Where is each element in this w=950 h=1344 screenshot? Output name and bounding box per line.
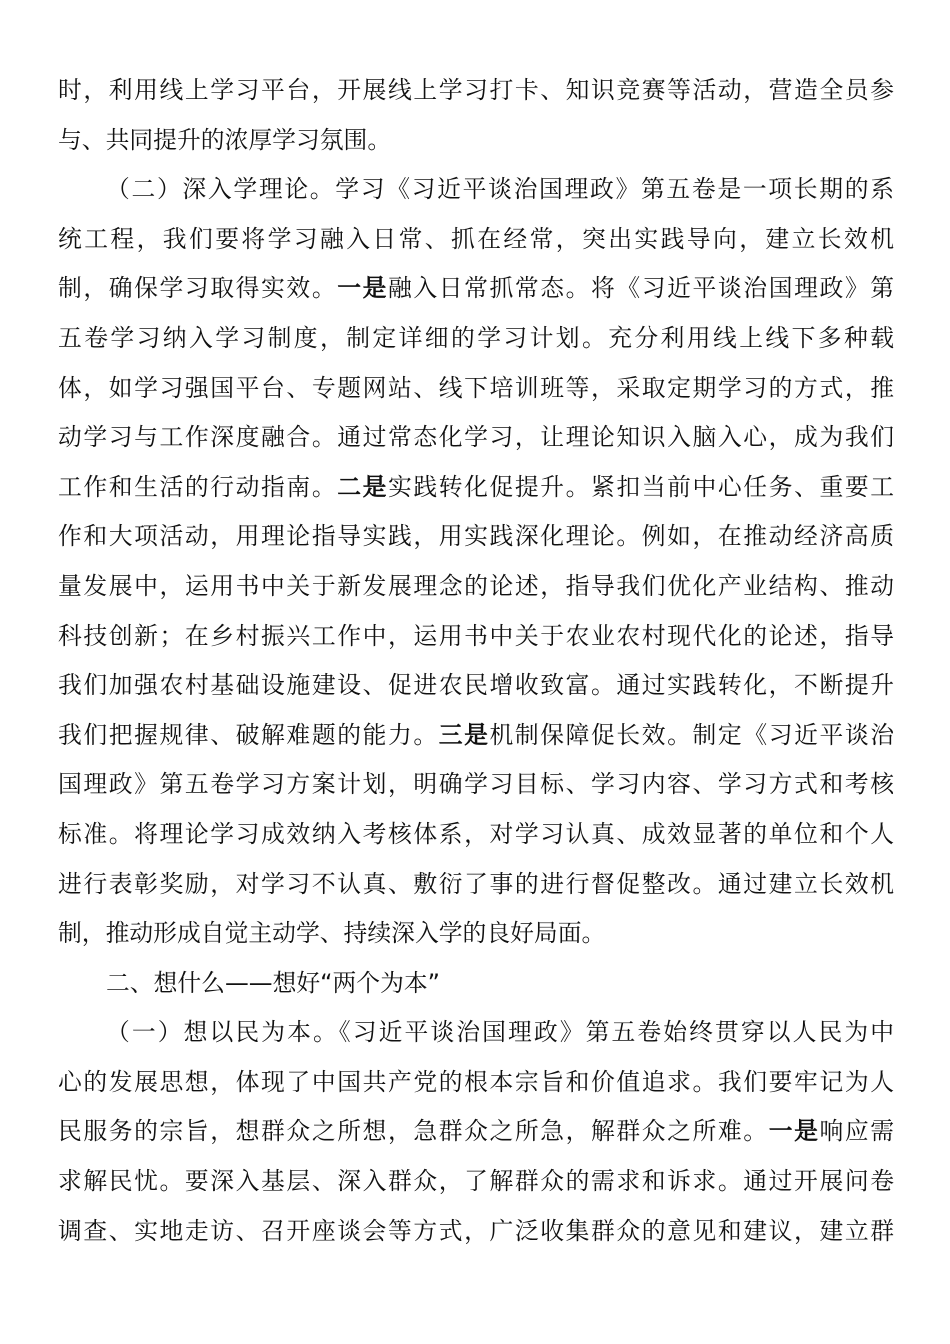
paragraph-line: 时，利用线上学习平台，开展线上学习打卡、知识竞赛等活动，营造全员参 [58,66,894,116]
paragraph-line: 作和大项活动，用理论指导实践，用实践深化理论。例如，在推动经济高质 [58,512,894,562]
line-text: 民服务的宗旨，想群众之所想，急群众之所急，解群众之所难。 [58,1117,769,1145]
paragraph-line: 量发展中，运用书中关于新发展理念的论述，指导我们优化产业结构、推动 [58,562,894,612]
paragraph-line: 进行表彰奖励，对学习不认真、敷衍了事的进行督促整改。通过建立长效机 [58,860,894,910]
chapter-heading: 二、想什么——想好“两个为本” [58,959,894,1009]
paragraph-line: 心的发展思想，体现了中国共产党的根本宗旨和价值追求。我们要牢记为人 [58,1058,894,1108]
line-text: 我们把握规律、破解难题的能力。 [58,721,439,749]
paragraph-line: 体，如学习强国平台、专题网站、线下培训班等，采取定期学习的方式，推 [58,364,894,414]
line-text: 工作和生活的行动指南。 [58,473,337,501]
paragraph-line: 工作和生活的行动指南。二是实践转化促提升。紧扣当前中心任务、重要工 [58,463,894,513]
paragraph-line: 制，推动形成自觉主动学、持续深入学的良好局面。 [58,909,894,959]
line-text: 融入日常抓常态。将《习近平谈治国理政》第 [388,274,894,302]
paragraph-line: 统工程，我们要将学习融入日常、抓在经常，突出实践导向，建立长效机 [58,215,894,265]
paragraph-line: 求解民忧。要深入基层、深入群众，了解群众的需求和诉求。通过开展问卷 [58,1157,894,1207]
bold-marker: 三是 [439,721,490,749]
paragraph-line: 我们把握规律、破解难题的能力。三是机制保障促长效。制定《习近平谈治 [58,711,894,761]
bold-marker: 二是 [337,473,388,501]
line-text: 响应需 [819,1117,894,1145]
line-text: 机制保障促长效。制定《习近平谈治 [490,721,895,749]
paragraph-line: 民服务的宗旨，想群众之所想，急群众之所急，解群众之所难。一是响应需 [58,1107,894,1157]
paragraph-line: 动学习与工作深度融合。通过常态化学习，让理论知识入脑入心，成为我们 [58,413,894,463]
section-heading-line: （二）深入学理论。学习《习近平谈治国理政》第五卷是一项长期的系 [58,165,894,215]
paragraph-line: 制，确保学习取得实效。一是融入日常抓常态。将《习近平谈治国理政》第 [58,264,894,314]
paragraph-line: 调查、实地走访、召开座谈会等方式，广泛收集群众的意见和建议，建立群 [58,1207,894,1257]
line-text: 制，确保学习取得实效。 [58,274,337,302]
bold-marker: 一是 [769,1117,820,1145]
paragraph-line: 科技创新；在乡村振兴工作中，运用书中关于农业农村现代化的论述，指导 [58,612,894,662]
section-heading-line: （一）想以民为本。《习近平谈治国理政》第五卷始终贯穿以人民为中 [58,1008,894,1058]
bold-marker: 一是 [337,274,388,302]
paragraph-line: 国理政》第五卷学习方案计划，明确学习目标、学习内容、学习方式和考核 [58,760,894,810]
paragraph-line: 与、共同提升的浓厚学习氛围。 [58,116,894,166]
paragraph-line: 五卷学习纳入学习制度，制定详细的学习计划。充分利用线上线下多种载 [58,314,894,364]
document-page: 时，利用线上学习平台，开展线上学习打卡、知识竞赛等活动，营造全员参 与、共同提升… [58,66,894,1256]
line-text: 实践转化促提升。紧扣当前中心任务、重要工 [388,473,894,501]
paragraph-line: 标准。将理论学习成效纳入考核体系，对学习认真、成效显著的单位和个人 [58,810,894,860]
paragraph-line: 我们加强农村基础设施建设、促进农民增收致富。通过实践转化，不断提升 [58,661,894,711]
